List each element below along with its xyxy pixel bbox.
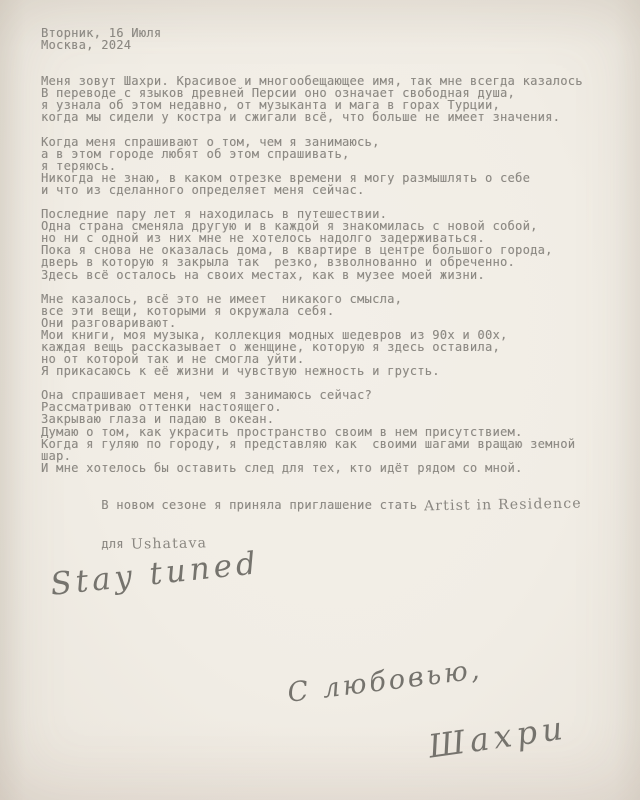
closing-typed-for: для (101, 537, 124, 551)
closing-typed-prefix: В новом сезоне я приняла приглашение ста… (101, 498, 417, 512)
letter-line: Закрываю глаза и падаю в океан. (41, 413, 611, 425)
stanza: Мне казалось, всё это не имеет никакого … (41, 293, 611, 378)
letter-line: Когда меня спрашивают о том, чем я заним… (41, 136, 611, 148)
letter-body: Вторник, 16 Июля Москва, 2024 Меня зовут… (41, 27, 611, 564)
date-block: Вторник, 16 Июля Москва, 2024 (41, 27, 611, 51)
letter-line: Думаю о том, как украсить пространство с… (41, 426, 611, 438)
letter-line: все эти вещи, которыми я окружала себя. (41, 305, 611, 317)
letter-line: Я прикасаюсь к её жизни и чувствую нежно… (41, 365, 611, 377)
letter-line: и что из сделанного определяет меня сейч… (41, 184, 611, 196)
letter-line: а в этом городе любят об этом спрашивать… (41, 148, 611, 160)
closing-block: В новом сезоне я приняла приглашение ста… (41, 486, 611, 564)
signature: Шахри (426, 708, 570, 765)
letter-stanzas: Меня зовут Шахри. Красивое и многообещаю… (41, 75, 611, 474)
letter-line: Здесь всё осталось на своих местах, как … (41, 269, 611, 281)
letter-paper: Вторник, 16 Июля Москва, 2024 Меня зовут… (0, 0, 640, 800)
stanza: Когда меня спрашивают о том, чем я заним… (41, 136, 611, 196)
stanza: Меня зовут Шахри. Красивое и многообещаю… (41, 75, 611, 123)
handwritten-artist-in-residence: Artist in Residence (424, 498, 582, 514)
handwritten-valediction: С любовью, (286, 654, 484, 709)
letter-line: когда мы сидели у костра и сжигали всё, … (41, 111, 611, 123)
letter-line: И мне хотелось бы оставить след для тех,… (41, 462, 611, 474)
letter-line: Мне казалось, всё это не имеет никакого … (41, 293, 611, 305)
handwritten-ushatava: Ushatava (131, 537, 207, 551)
letter-line: шар. (41, 450, 611, 462)
letter-line: дверь в которую я закрыла так резко, взв… (41, 256, 611, 268)
stanza: Последние пару лет я находилась в путеше… (41, 208, 611, 281)
letter-line: Когда я гуляю по городу, я представляю к… (41, 438, 611, 450)
city-year-line: Москва, 2024 (41, 39, 611, 51)
closing-line-1: В новом сезоне я приняла приглашение ста… (41, 486, 611, 525)
stanza: Она спрашивает меня, чем я занимаюсь сей… (41, 389, 611, 474)
